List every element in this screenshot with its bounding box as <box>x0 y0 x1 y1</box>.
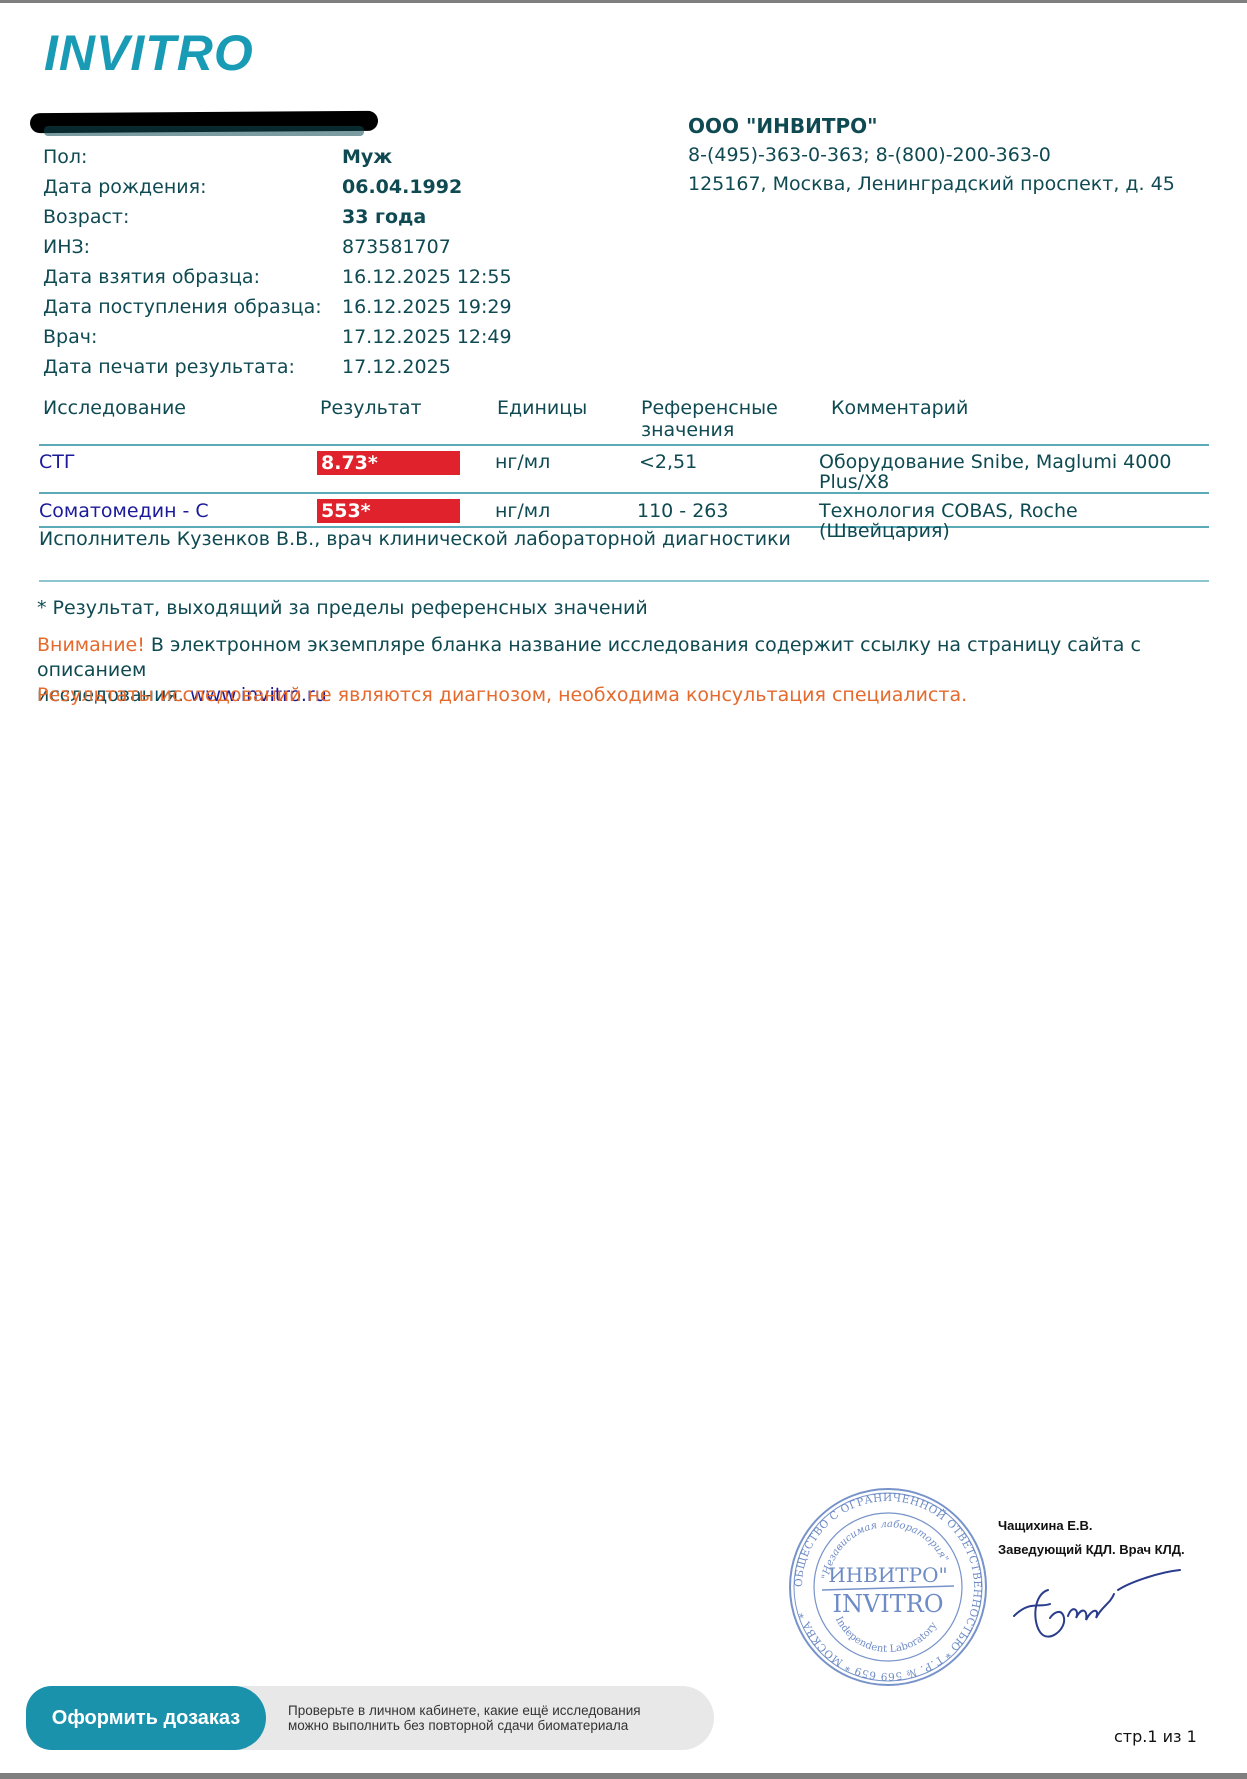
company-info: ООО "ИНВИТРО" 8-(495)-363-0-363; 8-(800)… <box>688 112 1175 199</box>
lab-stamp: ОБЩЕСТВО С ОГРАНИЧЕННОЙ ОТВЕТСТВЕННОСТЬЮ… <box>788 1482 988 1692</box>
field-label: Врач: <box>43 322 342 352</box>
header-reference-line1: Референсные <box>641 397 778 419</box>
field-label: Возраст: <box>43 202 342 232</box>
field-value: 16.12.2025 12:55 <box>342 262 512 292</box>
stamp-inner-bottom: Independent Laboratory <box>833 1615 940 1655</box>
table-row: СТГ 8.73* нг/мл <2,51 Оборудование Snibe… <box>39 446 1209 494</box>
page-border-top <box>0 0 1247 3</box>
field-value: 06.04.1992 <box>342 172 462 202</box>
signer-title: Заведующий КДЛ. Врач КЛД. <box>998 1538 1185 1562</box>
field-label: Пол: <box>43 142 342 172</box>
field-label: ИНЗ: <box>43 232 342 262</box>
header-study: Исследование <box>43 397 186 419</box>
page-border-bottom <box>0 1773 1247 1779</box>
header-reference: Референсные значения <box>641 397 778 441</box>
stamp-ru: ИНВИТРО" <box>828 1563 947 1587</box>
executor-line: Исполнитель Кузенков В.В., врач клиничес… <box>39 528 791 550</box>
asterisk-note: * Результат, выходящий за пределы рефере… <box>37 596 648 621</box>
divider <box>39 580 1209 582</box>
patient-field-sample-received: Дата поступления образца: 16.12.2025 19:… <box>43 292 512 322</box>
banner-text-line: можно выполнить без повторной сдачи биом… <box>288 1718 641 1733</box>
field-label: Дата печати результата: <box>43 352 342 382</box>
comment-line: Plus/X8 <box>819 471 889 493</box>
disclaimer: Результаты исследований не являются диаг… <box>37 683 967 708</box>
page-number: стр.1 из 1 <box>1114 1727 1197 1746</box>
invitro-logo: INVITRO <box>44 24 254 82</box>
field-label: Дата рождения: <box>43 172 342 202</box>
patient-field-print-date: Дата печати результата: 17.12.2025 <box>43 352 512 382</box>
banner-text-line: Проверьте в личном кабинете, какие ещё и… <box>288 1703 641 1718</box>
stamp-en: INVITRO <box>832 1590 943 1618</box>
result-comment: Оборудование Snibe, Maglumi 4000 Plus/X8 <box>819 452 1172 492</box>
result-units: нг/мл <box>495 501 550 521</box>
header-reference-line2: значения <box>641 419 734 441</box>
result-value-flagged: 8.73* <box>317 451 460 475</box>
company-address: 125167, Москва, Ленинградский проспект, … <box>688 170 1175 199</box>
field-label: Дата взятия образца: <box>43 262 342 292</box>
patient-field-age: Возраст: 33 года <box>43 202 512 232</box>
header-units: Единицы <box>497 397 587 419</box>
field-value: Муж <box>342 142 392 172</box>
header-result: Результат <box>320 397 422 419</box>
field-label: Дата поступления образца: <box>43 292 342 322</box>
comment-line: Оборудование Snibe, Maglumi 4000 <box>819 451 1172 473</box>
field-value: 873581707 <box>342 232 451 262</box>
result-value-flagged: 553* <box>317 499 460 523</box>
study-name-link[interactable]: Соматомедин - С <box>39 501 209 521</box>
svg-text:Independent Laboratory: Independent Laboratory <box>833 1615 940 1655</box>
result-units: нг/мл <box>495 452 550 472</box>
field-value: 33 года <box>342 202 426 232</box>
attention-label: Внимание! <box>37 634 145 656</box>
patient-info: Пол: Муж Дата рождения: 06.04.1992 Возра… <box>43 142 512 382</box>
patient-field-doctor: Врач: 17.12.2025 12:49 <box>43 322 512 352</box>
field-value: 17.12.2025 <box>342 352 451 382</box>
patient-field-inz: ИНЗ: 873581707 <box>43 232 512 262</box>
reorder-banner-text: Проверьте в личном кабинете, какие ещё и… <box>288 1703 641 1733</box>
company-name: ООО "ИНВИТРО" <box>688 112 1175 141</box>
patient-field-birthdate: Дата рождения: 06.04.1992 <box>43 172 512 202</box>
header-comment: Комментарий <box>831 397 968 419</box>
reference-range: 110 - 263 <box>637 501 728 521</box>
signer-name: Чащихина Е.В. <box>998 1514 1185 1538</box>
company-phones: 8-(495)-363-0-363; 8-(800)-200-363-0 <box>688 141 1175 170</box>
handwritten-signature <box>1010 1560 1190 1660</box>
field-value: 17.12.2025 12:49 <box>342 322 512 352</box>
signer-block: Чащихина Е.В. Заведующий КДЛ. Врач КЛД. <box>998 1514 1185 1562</box>
reorder-button[interactable]: Оформить дозаказ <box>26 1686 266 1750</box>
results-table: Исследование Результат Единицы Референсн… <box>39 396 1209 528</box>
results-table-header: Исследование Результат Единицы Референсн… <box>39 396 1209 446</box>
reference-range: <2,51 <box>639 452 697 472</box>
result-comment: Технология COBAS, Roche (Швейцария) <box>819 501 1209 541</box>
field-value: 16.12.2025 19:29 <box>342 292 512 322</box>
table-row: Соматомедин - С 553* нг/мл 110 - 263 Тех… <box>39 494 1209 528</box>
patient-field-sex: Пол: Муж <box>43 142 512 172</box>
study-name-link[interactable]: СТГ <box>39 452 75 472</box>
redacted-name-remnant <box>44 126 364 136</box>
patient-field-sample-taken: Дата взятия образца: 16.12.2025 12:55 <box>43 262 512 292</box>
attention-text: В электронном экземпляре бланка название… <box>37 634 1141 681</box>
reorder-banner: Оформить дозаказ Проверьте в личном каби… <box>26 1686 714 1750</box>
